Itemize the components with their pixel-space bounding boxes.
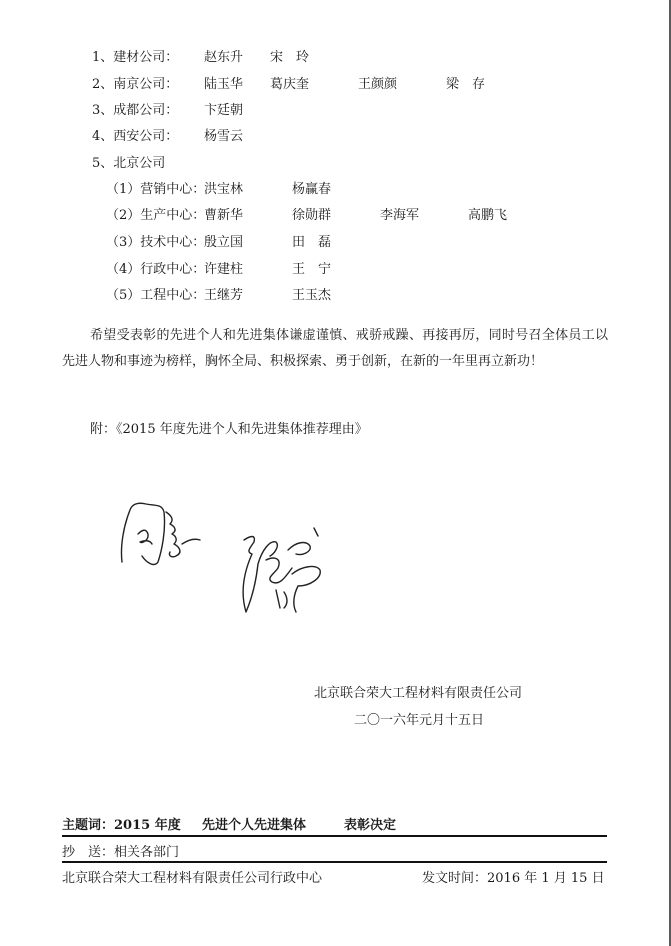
center-label: （4）行政中心： bbox=[106, 262, 205, 277]
center-label: （3）技术中心： bbox=[106, 235, 205, 250]
center-label: （1）营销中心： bbox=[106, 182, 205, 197]
branch-label: 2、南京公司： bbox=[92, 77, 178, 92]
center-row: （3）技术中心： 殷立国 田 磊 bbox=[106, 235, 586, 251]
awardee-name: 许建柱 bbox=[204, 262, 243, 278]
awardee-name: 李海军 bbox=[380, 208, 419, 224]
awardee-name: 王 宁 bbox=[292, 262, 331, 278]
awardee-name: 杨赢春 bbox=[292, 182, 331, 198]
divider bbox=[62, 835, 607, 837]
branch-row: 1、建材公司： 赵东升 宋 玲 bbox=[92, 50, 592, 66]
awardee-name: 洪宝林 bbox=[204, 182, 243, 198]
awardee-name: 徐勋群 bbox=[292, 208, 331, 224]
issue-time: 发文时间：2016 年 1 月 15 日 bbox=[422, 871, 605, 887]
signature-2 bbox=[236, 512, 336, 622]
awardee-name: 梁 存 bbox=[446, 77, 485, 93]
branch-label: 5、北京公司 bbox=[92, 156, 165, 171]
cc-row: 抄 送：相关各部门 bbox=[62, 845, 607, 861]
branch-label: 1、建材公司： bbox=[92, 50, 178, 65]
awardee-name: 王颜颜 bbox=[358, 77, 397, 93]
center-row: （5）工程中心： 王继芳 王玉杰 bbox=[106, 288, 586, 304]
cc-value: 相关各部门 bbox=[114, 845, 179, 860]
awardee-name: 宋 玲 bbox=[270, 50, 309, 66]
center-row: （2）生产中心： 曹新华 徐勋群 李海军 高鹏飞 bbox=[106, 208, 586, 224]
awardee-name: 陆玉华 bbox=[204, 77, 243, 93]
branch-label: 3、成都公司： bbox=[92, 103, 178, 118]
issue-time-value: 2016 年 1 月 15 日 bbox=[487, 871, 605, 886]
awardee-name: 赵东升 bbox=[204, 50, 243, 66]
awardee-name: 殷立国 bbox=[204, 235, 243, 251]
issuing-office: 北京联合荣大工程材料有限责任公司行政中心 bbox=[62, 871, 322, 886]
branch-row: 5、北京公司 bbox=[92, 156, 592, 172]
keywords-label: 主题词： bbox=[62, 818, 114, 833]
awardee-name: 王继芳 bbox=[204, 288, 243, 304]
awardee-name: 卞廷朝 bbox=[204, 103, 243, 119]
awardee-name: 葛庆奎 bbox=[270, 77, 309, 93]
center-row: （1）营销中心： 洪宝林 杨赢春 bbox=[106, 182, 586, 198]
center-row: （4）行政中心： 许建柱 王 宁 bbox=[106, 262, 586, 278]
closing-paragraph: 希望受表彰的先进个人和先进集体谦虚谨慎、戒骄戒躁、再接再厉，同时号召全体员工以先… bbox=[62, 323, 608, 375]
issue-date: 二〇一六年元月十五日 bbox=[354, 713, 484, 729]
branch-row: 4、西安公司： 杨雪云 bbox=[92, 129, 592, 145]
keyword: 先进个人先进集体 bbox=[202, 818, 306, 834]
keyword: 表彰决定 bbox=[344, 818, 396, 834]
issue-time-label: 发文时间： bbox=[422, 871, 487, 886]
attachment-note: 附：《2015 年度先进个人和先进集体推荐理由》 bbox=[90, 422, 368, 438]
issuing-row: 北京联合荣大工程材料有限责任公司行政中心 发文时间：2016 年 1 月 15 … bbox=[62, 871, 607, 887]
awardee-name: 王玉杰 bbox=[292, 288, 331, 304]
branch-row: 3、成都公司： 卞廷朝 bbox=[92, 103, 592, 119]
signature-1 bbox=[112, 490, 222, 580]
divider bbox=[62, 861, 607, 863]
awardee-name: 杨雪云 bbox=[204, 129, 243, 145]
center-label: （2）生产中心： bbox=[106, 208, 205, 223]
center-label: （5）工程中心： bbox=[106, 288, 205, 303]
keyword: 2015 年度 bbox=[114, 818, 181, 833]
awardee-name: 曹新华 bbox=[204, 208, 243, 224]
awardee-name: 田 磊 bbox=[292, 235, 331, 251]
branch-label: 4、西安公司： bbox=[92, 129, 178, 144]
cc-label: 抄 送： bbox=[62, 845, 114, 860]
keywords-row: 主题词：2015 年度 先进个人先进集体 表彰决定 bbox=[62, 818, 607, 834]
branch-row: 2、南京公司： 陆玉华 葛庆奎 王颜颜 梁 存 bbox=[92, 77, 592, 93]
issuer-company: 北京联合荣大工程材料有限责任公司 bbox=[314, 686, 522, 702]
awardee-name: 高鹏飞 bbox=[468, 208, 507, 224]
